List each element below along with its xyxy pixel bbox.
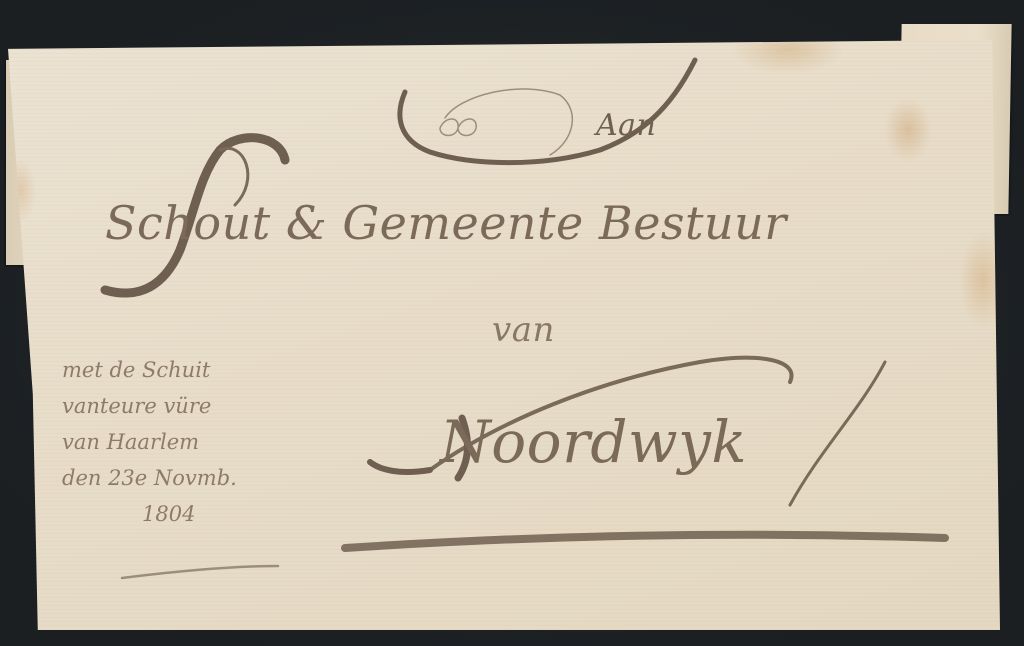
- docket-line: van Haarlem: [62, 424, 237, 460]
- address-line-schout-gemeente-bestuur: Schout & Gemeente Bestuur: [105, 196, 787, 250]
- address-line-noordwyk: Noordwyk: [440, 408, 747, 476]
- docket-line: vanteure vüre: [62, 388, 237, 424]
- docket-year: 1804: [62, 496, 237, 532]
- docket-note: met de Schuit vanteure vüre van Haarlem …: [62, 352, 237, 532]
- address-line-van: van: [492, 310, 555, 350]
- docket-line: den 23e Novmb.: [62, 460, 237, 496]
- salutation-aan: Aan: [596, 108, 656, 143]
- docket-line: met de Schuit: [62, 352, 237, 388]
